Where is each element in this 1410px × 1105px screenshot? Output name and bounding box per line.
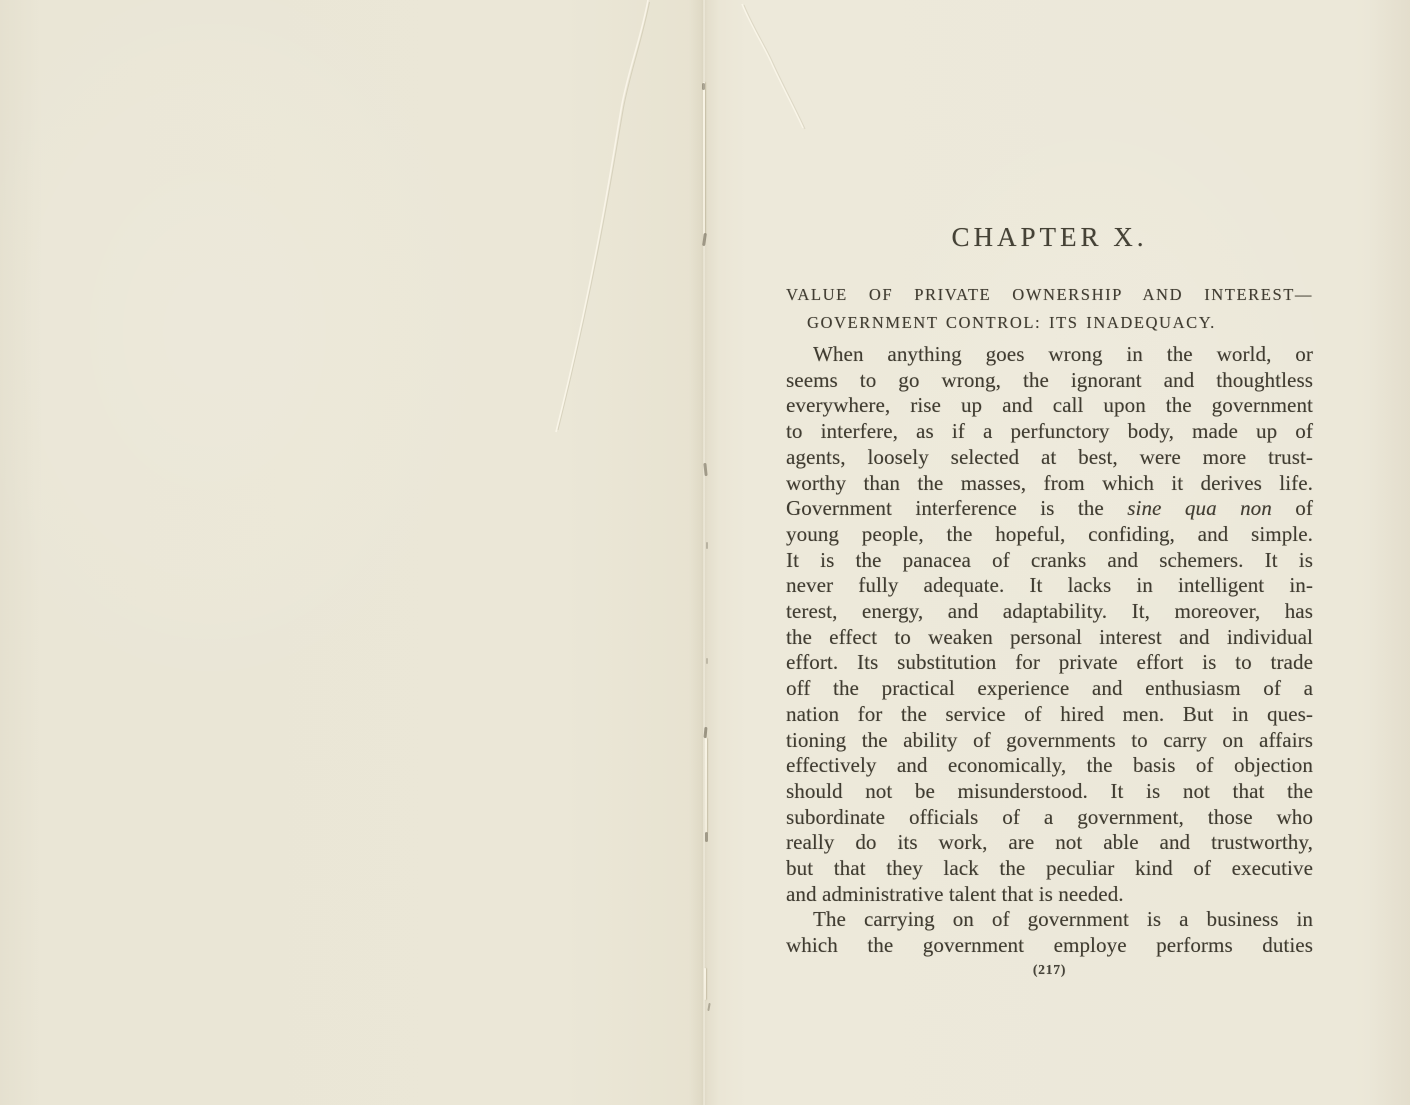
text-line: When anything goes wrong in the world, o… <box>786 342 1313 368</box>
chapter-heading: CHAPTER X. <box>786 221 1313 254</box>
text-line: really do its work, are not able and tru… <box>786 830 1313 856</box>
text-line: effectively and economically, the basis … <box>786 753 1313 779</box>
text-line: agents, loosely selected at best, were m… <box>786 445 1313 471</box>
text-line: It is the panacea of cranks and schemers… <box>786 548 1313 574</box>
page-number: (217) <box>786 962 1313 978</box>
text-line: nation for the service of hired men. But… <box>786 702 1313 728</box>
binding-stitch <box>705 832 708 842</box>
text-line: The carrying on of government is a busin… <box>786 907 1313 933</box>
binding-thread <box>704 968 706 1000</box>
text-line: Government interference is the sine qua … <box>786 496 1313 522</box>
text-line: to interfere, as if a perfunctory body, … <box>786 419 1313 445</box>
text-line: tioning the ability of governments to ca… <box>786 728 1313 754</box>
binding-thread <box>703 82 705 234</box>
italic-phrase: sine qua non <box>1127 496 1272 520</box>
binding-stitch <box>706 542 708 549</box>
text-line: everywhere, rise up and call upon the go… <box>786 393 1313 419</box>
binding-thread <box>705 738 707 833</box>
text-line: effort. Its substitution for private eff… <box>786 650 1313 676</box>
text-line: terest, energy, and adaptability. It, mo… <box>786 599 1313 625</box>
binding-stitch <box>706 658 708 664</box>
text-line: subordinate officials of a government, t… <box>786 805 1313 831</box>
left-page-blank <box>0 0 704 1105</box>
book-spread: CHAPTER X. VALUE OF PRIVATE OWNERSHIP AN… <box>0 0 1410 1105</box>
text-line: seems to go wrong, the ignorant and thou… <box>786 368 1313 394</box>
text-line: but that they lack the peculiar kind of … <box>786 856 1313 882</box>
chapter-subtitle-line-2: GOVERNMENT CONTROL: ITS INADEQUACY. <box>786 309 1313 337</box>
text-line: and administrative talent that is needed… <box>786 882 1313 908</box>
text-line: young people, the hopeful, confiding, an… <box>786 522 1313 548</box>
chapter-subtitle-line-1: VALUE OF PRIVATE OWNERSHIP AND INTEREST— <box>786 281 1313 309</box>
text-line: never fully adequate. It lacks in intell… <box>786 573 1313 599</box>
text-line: should not be misunderstood. It is not t… <box>786 779 1313 805</box>
text-line: off the practical experience and enthusi… <box>786 676 1313 702</box>
text-line: the effect to weaken personal interest a… <box>786 625 1313 651</box>
binding-stitch <box>702 83 705 90</box>
text-line: worthy than the masses, from which it de… <box>786 471 1313 497</box>
page-content: CHAPTER X. VALUE OF PRIVATE OWNERSHIP AN… <box>786 221 1313 978</box>
text-line: which the government employe performs du… <box>786 933 1313 959</box>
body-text: When anything goes wrong in the world, o… <box>786 342 1313 959</box>
